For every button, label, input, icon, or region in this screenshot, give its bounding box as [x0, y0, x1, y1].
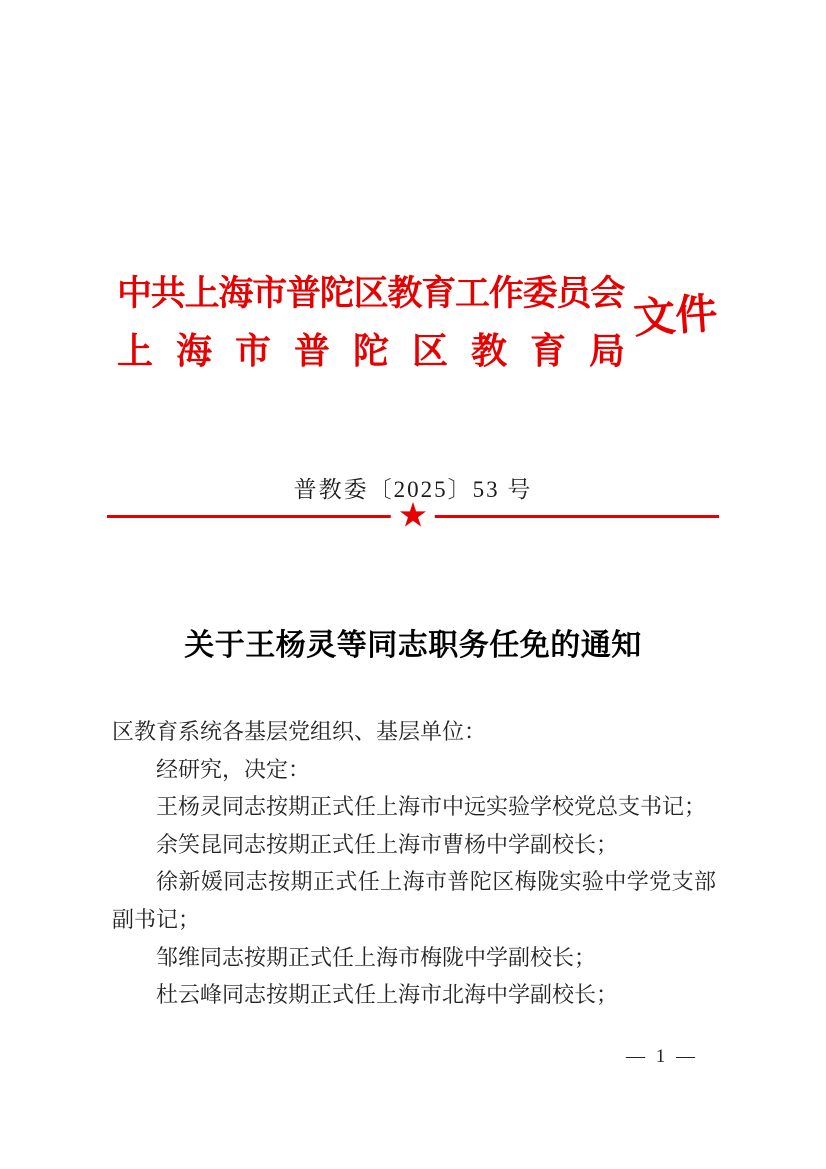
letterhead-org-line2: 上海市普陀区教育局 [117, 333, 625, 369]
body-paragraph-appointment-3: 徐新媛同志按期正式任上海市普陀区梅陇实验中学党支部副书记； [112, 863, 716, 938]
body-paragraph-appointment-2: 余笑昆同志按期正式任上海市曹杨中学副校长； [112, 826, 716, 864]
document-page: 中共上海市普陀区教育工作委员会 上海市普陀区教育局 文件 普教委〔2025〕53… [0, 0, 826, 1169]
salutation-line: 区教育系统各基层党组织、基层单位： [112, 713, 716, 751]
body-paragraph-decision: 经研究，决定： [112, 751, 716, 789]
letterhead-org-line1: 中共上海市普陀区教育工作委员会 [117, 276, 624, 311]
letterhead-doc-type-label: 文件 [632, 293, 719, 341]
page-number: — 1 — [626, 1046, 698, 1069]
body-paragraph-appointment-1: 王杨灵同志按期正式任上海市中远实验学校党总支书记； [112, 788, 716, 826]
notice-title: 关于王杨灵等同志职务任免的通知 [0, 629, 826, 662]
body-paragraph-appointment-4: 邹维同志按期正式任上海市梅陇中学副校长； [112, 939, 716, 977]
red-divider-line: ★ [107, 515, 719, 518]
body-paragraph-appointment-5: 杜云峰同志按期正式任上海市北海中学副校长； [112, 976, 716, 1014]
notice-body: 区教育系统各基层党组织、基层单位： 经研究，决定： 王杨灵同志按期正式任上海市中… [112, 713, 716, 1014]
star-icon: ★ [391, 498, 435, 532]
